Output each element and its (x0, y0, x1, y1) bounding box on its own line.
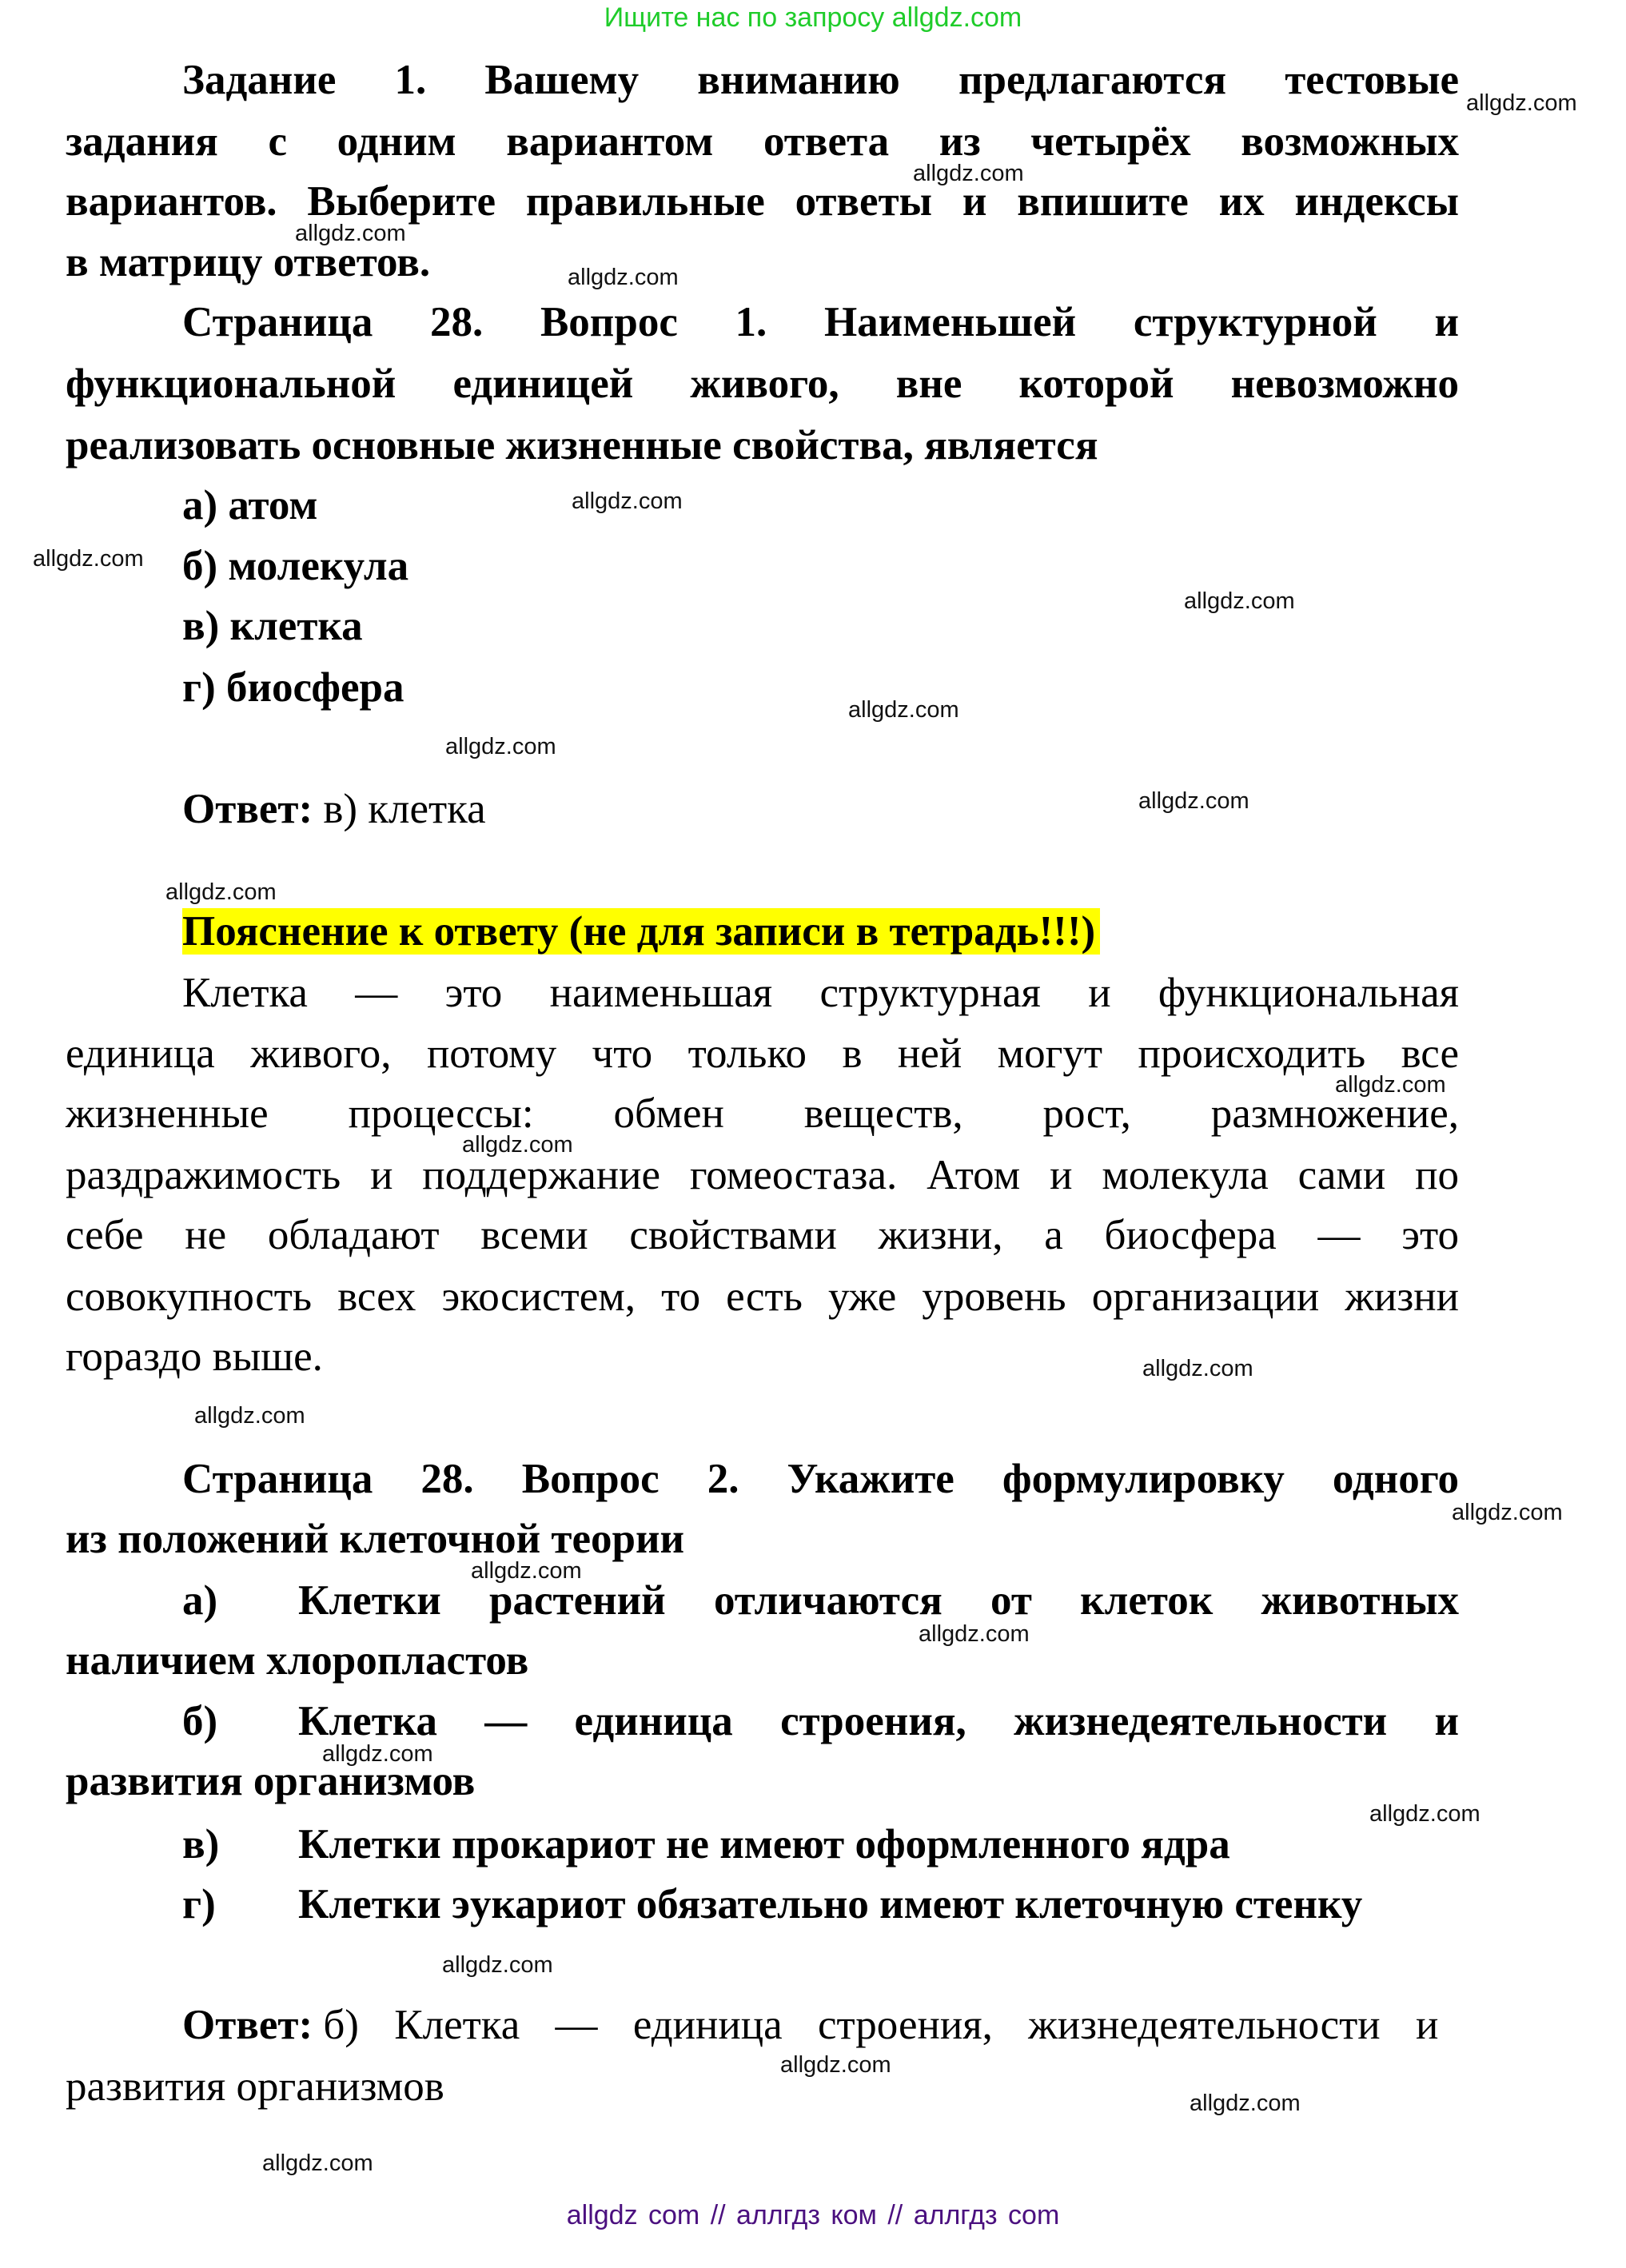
watermark: allgdz.com (848, 696, 959, 723)
task-line-1: Задание 1. Вашему вниманию предлагаются … (182, 56, 1459, 104)
watermark: allgdz.com (913, 160, 1024, 187)
watermark: allgdz.com (919, 1620, 1030, 1648)
q2-option-c-label: в) (182, 1820, 298, 1868)
q1-answer-label: Ответ: (182, 786, 313, 832)
watermark: allgdz.com (322, 1740, 433, 1768)
q1-answer: Ответ: в) клетка (182, 785, 486, 833)
q1-heading-line-2: функциональной единицей живого, вне кото… (66, 360, 1459, 408)
watermark: allgdz.com (442, 1951, 553, 1979)
q2-option-a-label: а) (182, 1576, 298, 1624)
q1-option-d-text: биосфера (226, 664, 405, 711)
q2-option-b-text: Клетка — единица строения, жизнедеятельн… (298, 1697, 1459, 1745)
explanation-line-1: Клетка — это наименьшая структурная и фу… (182, 969, 1459, 1017)
q2-option-b-label: б) (182, 1697, 298, 1745)
explanation-title: Пояснение к ответу (не для записи в тетр… (182, 908, 1100, 955)
explanation-line-7: гораздо выше. (66, 1333, 323, 1381)
q1-answer-value: в) клетка (323, 786, 485, 832)
explanation-line-5: себе не обладают всеми свойствами жизни,… (66, 1211, 1459, 1259)
q2-option-a-continuation: наличием хлоропластов (66, 1636, 528, 1684)
watermark: allgdz.com (194, 1402, 305, 1429)
watermark: allgdz.com (1190, 2090, 1301, 2117)
q2-option-b: б)Клетка — единица строения, жизнедеятел… (182, 1697, 1459, 1745)
watermark: allgdz.com (165, 879, 277, 906)
q2-heading-line-2: из положений клеточной теории (66, 1515, 684, 1563)
q1-option-d-label: г) (182, 664, 216, 711)
q2-option-d-text: Клетки эукариот обязательно имеют клеточ… (298, 1881, 1362, 1927)
watermark: allgdz.com (1335, 1071, 1446, 1098)
q1-option-b-label: б) (182, 543, 217, 589)
q2-option-d: г)Клетки эукариот обязательно имеют клет… (182, 1880, 1362, 1928)
task-line-2: задания с одним вариантом ответа из четы… (66, 118, 1459, 165)
q1-option-b: б) молекула (182, 542, 408, 590)
watermark: allgdz.com (445, 733, 556, 760)
watermark: allgdz.com (33, 545, 144, 572)
q1-option-b-text: молекула (228, 543, 408, 589)
watermark: allgdz.com (568, 264, 679, 291)
watermark: allgdz.com (1138, 787, 1249, 815)
watermark: allgdz.com (471, 1557, 582, 1584)
q2-answer-label: Ответ: (182, 2002, 313, 2048)
watermark: allgdz.com (295, 220, 406, 247)
q2-option-c-text: Клетки прокариот не имеют оформленного я… (298, 1821, 1230, 1867)
watermark: allgdz.com (1369, 1800, 1481, 1828)
q1-heading-line-3: реализовать основные жизненные свойства,… (66, 421, 1098, 469)
watermark: allgdz.com (572, 488, 683, 515)
q1-heading-line-1: Страница 28. Вопрос 1. Наименьшей структ… (182, 298, 1459, 346)
watermark: allgdz.com (462, 1131, 573, 1158)
q1-option-c-label: в) (182, 603, 219, 649)
q1-option-a-text: атом (228, 482, 317, 528)
explanation-line-3: жизненные процессы: обмен веществ, рост,… (66, 1090, 1459, 1138)
q1-option-a: а) атом (182, 481, 317, 529)
site-footer: allgdz com // аллгдз ком // аллгдз com (0, 2198, 1626, 2232)
task-line-3: вариантов. Выберите правильные ответы и … (66, 177, 1459, 225)
site-banner: Ищите нас по запросу allgdz.com (0, 2, 1626, 34)
watermark: allgdz.com (262, 2150, 373, 2177)
q2-answer: Ответ: б) Клетка — единица строения, жиз… (182, 2001, 1459, 2049)
q2-heading-line-1: Страница 28. Вопрос 2. Укажите формулиро… (182, 1455, 1459, 1503)
q1-option-d: г) биосфера (182, 664, 405, 711)
explanation-line-2: единица живого, потому что только в ней … (66, 1030, 1459, 1078)
watermark: allgdz.com (1452, 1499, 1563, 1526)
q2-option-a: а)Клетки растений отличаются от клеток ж… (182, 1576, 1459, 1624)
q2-option-d-label: г) (182, 1880, 298, 1928)
q2-option-c: в)Клетки прокариот не имеют оформленного… (182, 1820, 1230, 1868)
q1-option-c-text: клетка (230, 603, 363, 649)
q1-option-c: в) клетка (182, 602, 363, 650)
explanation-line-4: раздражимость и поддержание гомеостаза. … (66, 1151, 1459, 1199)
q2-answer-value: б) Клетка — единица строения, жизнедеяте… (323, 2001, 1438, 2049)
q1-option-a-label: а) (182, 482, 217, 528)
watermark: allgdz.com (1466, 90, 1577, 117)
watermark: allgdz.com (1142, 1355, 1253, 1382)
q2-answer-continuation: развития организмов (66, 2063, 444, 2111)
watermark: allgdz.com (1184, 588, 1295, 615)
watermark: allgdz.com (780, 2051, 891, 2079)
explanation-line-6: совокупность всех экосистем, то есть уже… (66, 1273, 1459, 1321)
